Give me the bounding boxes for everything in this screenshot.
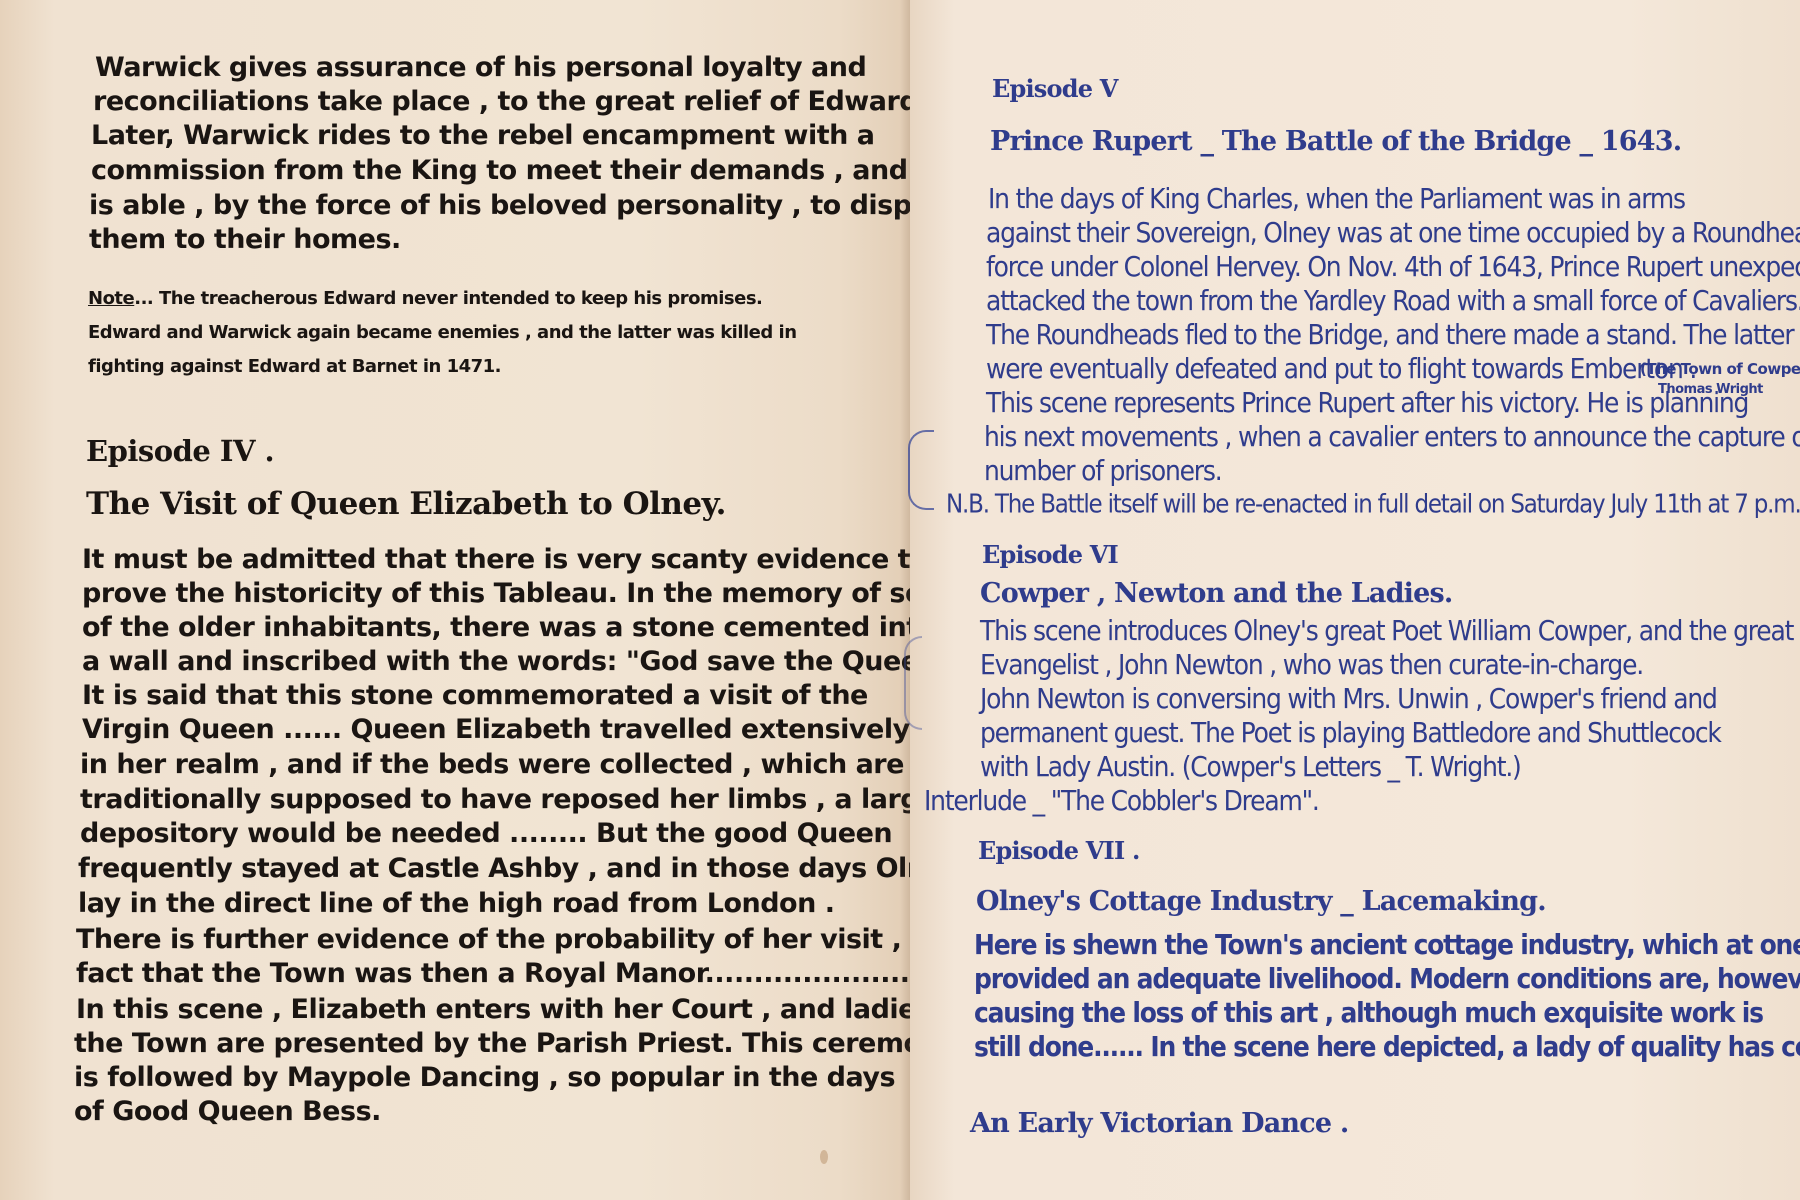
text-line: fact that the Town was then a Royal Mano…: [76, 958, 919, 989]
text-line: is able , by the force of his beloved pe…: [89, 190, 976, 221]
text-line: against their Sovereign, Olney was at on…: [986, 216, 1800, 248]
text-line: traditionally supposed to have reposed h…: [80, 784, 937, 815]
episode-heading: Episode V: [992, 74, 1118, 103]
right-page: Episode V Prince Rupert _ The Battle of …: [910, 0, 1800, 1200]
note-label: Note: [88, 288, 134, 309]
text-line: them to their homes.: [89, 224, 401, 255]
text-line: with Lady Austin. (Cowper's Letters _ T.…: [980, 750, 1521, 782]
episode-title: Cowper , Newton and the Ladies.: [980, 578, 1453, 609]
text-line: This scene introduces Olney's great Poet…: [980, 614, 1793, 646]
text-line: a wall and inscribed with the words: "Go…: [82, 646, 961, 677]
text-line: of Good Queen Bess.: [74, 1096, 381, 1127]
open-booklet: Warwick gives assurance of his personal …: [0, 0, 1800, 1200]
text-line: In the days of King Charles, when the Pa…: [988, 182, 1685, 214]
text-line: In this scene , Elizabeth enters with he…: [76, 994, 970, 1025]
text-line: Warwick gives assurance of his personal …: [95, 52, 866, 83]
citation-title: (The Town of Cowper): [1640, 360, 1800, 378]
text-line: permanent guest. The Poet is playing Bat…: [980, 716, 1721, 748]
text-line: the Town are presented by the Parish Pri…: [74, 1028, 957, 1059]
citation-author: Thomas Wright: [1658, 382, 1763, 397]
note-line: Edward and Warwick again became enemies …: [88, 322, 797, 343]
text-line: is followed by Maypole Dancing , so popu…: [74, 1062, 895, 1093]
text-line: Virgin Queen ...... Queen Elizabeth trav…: [82, 714, 910, 745]
episode-title: Olney's Cottage Industry _ Lacemaking.: [976, 886, 1546, 917]
left-page: Warwick gives assurance of his personal …: [0, 0, 910, 1200]
text-line: of the older inhabitants, there was a st…: [82, 612, 937, 643]
text-line: causing the loss of this art , although …: [974, 996, 1763, 1028]
note-text: ... The treacherous Edward never intende…: [134, 288, 762, 309]
text-line: in her realm , and if the beds were coll…: [80, 749, 904, 780]
text-line: depository would be needed ........ But …: [80, 818, 892, 849]
text-line: still done...... In the scene here depic…: [974, 1030, 1800, 1062]
margin-bracket-mark: [904, 636, 922, 730]
paper-stain: [820, 1150, 828, 1164]
text-line: John Newton is conversing with Mrs. Unwi…: [980, 682, 1717, 714]
text-line: attacked the town from the Yardley Road …: [986, 284, 1800, 316]
text-line: prove the historicity of this Tableau. I…: [82, 578, 969, 609]
text-line: It is said that this stone commemorated …: [82, 680, 868, 711]
episode-heading: Episode IV .: [86, 434, 274, 468]
text-line: Later, Warwick rides to the rebel encamp…: [91, 120, 875, 151]
text-line: There is further evidence of the probabi…: [76, 924, 996, 955]
episode-heading: Episode VII .: [978, 836, 1140, 865]
text-line: number of prisoners.: [984, 454, 1221, 486]
nb-note: N.B. The Battle itself will be re-enacte…: [946, 490, 1800, 519]
text-line: force under Colonel Hervey. On Nov. 4th …: [986, 250, 1800, 282]
text-line: were eventually defeated and put to flig…: [986, 352, 1696, 384]
text-line: commission from the King to meet their d…: [91, 155, 908, 186]
interlude-line: Interlude _ "The Cobbler's Dream".: [924, 784, 1319, 816]
note-line: fighting against Edward at Barnet in 147…: [88, 356, 501, 377]
closing-item: An Early Victorian Dance .: [970, 1108, 1348, 1139]
text-line: Evangelist , John Newton , who was then …: [980, 648, 1643, 680]
text-line: provided an adequate livelihood. Modern …: [974, 962, 1800, 994]
text-line: Here is shewn the Town's ancient cottage…: [974, 928, 1800, 960]
margin-bracket-mark: [908, 430, 934, 510]
text-line: reconciliations take place , to the grea…: [93, 86, 937, 117]
text-line: his next movements , when a cavalier ent…: [984, 420, 1800, 452]
episode-heading: Episode VI: [982, 540, 1118, 569]
episode-title: Prince Rupert _ The Battle of the Bridge…: [990, 126, 1681, 157]
text-line: The Roundheads fled to the Bridge, and t…: [986, 318, 1793, 350]
text-line: This scene represents Prince Rupert afte…: [986, 386, 1748, 418]
episode-title: The Visit of Queen Elizabeth to Olney.: [86, 486, 726, 522]
text-line: It must be admitted that there is very s…: [82, 544, 928, 575]
text-line: lay in the direct line of the high road …: [78, 888, 834, 919]
text-line: frequently stayed at Castle Ashby , and …: [78, 853, 960, 884]
note-line: Note... The treacherous Edward never int…: [88, 288, 762, 309]
